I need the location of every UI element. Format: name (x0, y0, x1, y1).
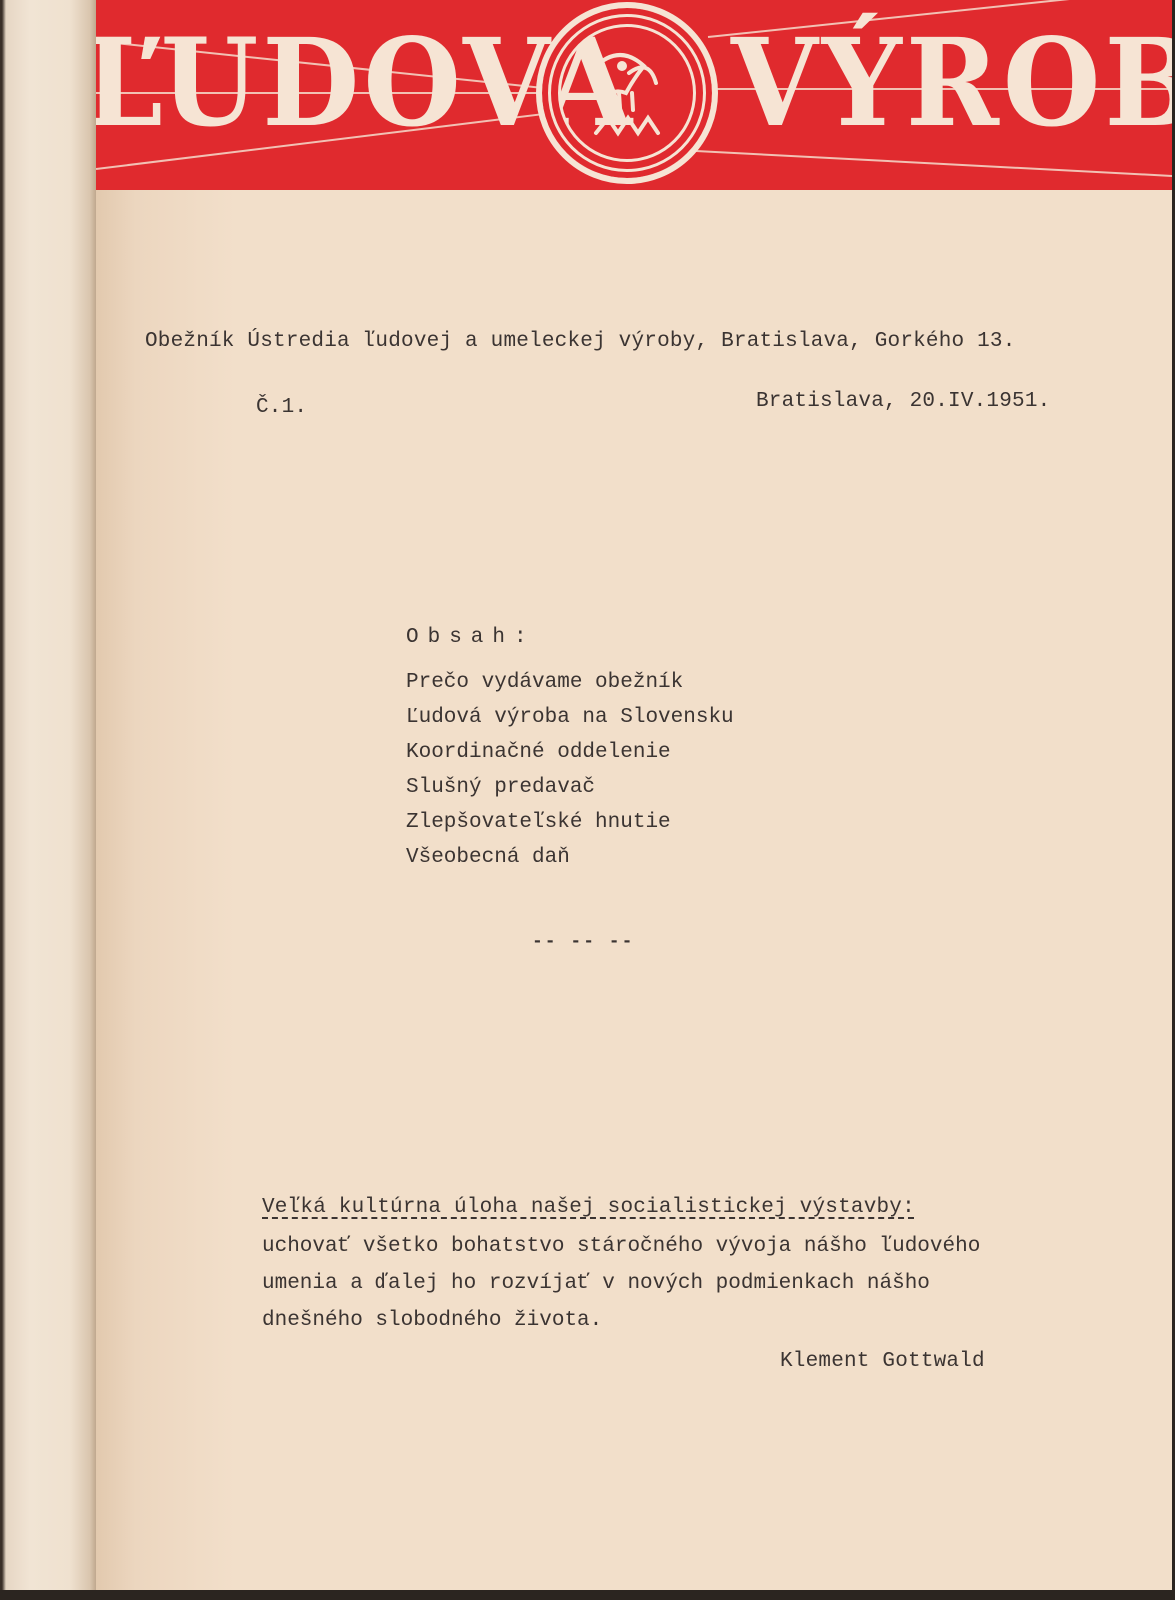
contents-list: Prečo vydávame obežník Ľudová výroba na … (406, 670, 734, 880)
contents-item: Všeobecná daň (406, 845, 734, 880)
book-spine (0, 0, 96, 1590)
quote-author: Klement Gottwald (780, 1350, 985, 1373)
quote-body: uchovať všetko bohatstvo stáročného vývo… (262, 1234, 980, 1345)
contents-item: Koordinačné oddelenie (406, 740, 734, 775)
issue-number: Č.1. (256, 396, 307, 419)
contents-title: Obsah: (406, 626, 536, 649)
section-separator: -- -- -- (532, 932, 634, 952)
quote-heading: Veľká kultúrna úloha našej socialisticke… (262, 1196, 915, 1219)
contents-item: Zlepšovateľské hnutie (406, 810, 734, 845)
quote-line: umenia a ďalej ho rozvíjať v nových podm… (262, 1271, 980, 1308)
place-date: Bratislava, 20.IV.1951. (756, 390, 1050, 413)
masthead-banner: ĽUDOVÁ VÝROBA (96, 0, 1172, 190)
circular-header: Obežník Ústredia ľudovej a umeleckej výr… (145, 330, 1016, 353)
folk-bird-emblem-icon (536, 2, 718, 184)
page-bottom-edge (0, 1590, 1175, 1600)
contents-item: Prečo vydávame obežník (406, 670, 734, 705)
quote-line: dnešného slobodného života. (262, 1308, 980, 1345)
quote-line: uchovať všetko bohatstvo stáročného vývo… (262, 1234, 980, 1271)
contents-item: Ľudová výroba na Slovensku (406, 705, 734, 740)
contents-item: Slušný predavač (406, 775, 734, 810)
masthead-title-right: VÝROBA (731, 24, 1172, 145)
